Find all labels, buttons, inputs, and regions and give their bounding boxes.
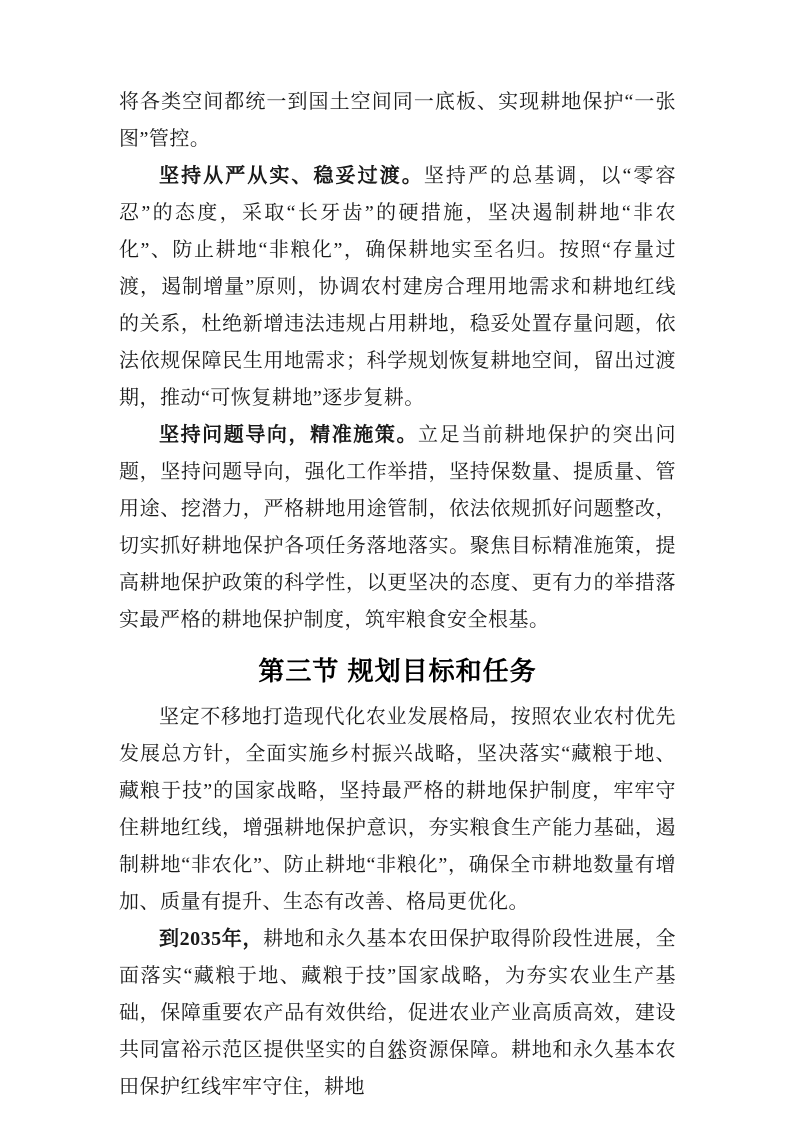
document-content: 将各类空间都统一到国土空间同一底板、实现耕地保护“一张图”管控。 坚持从严从实、… bbox=[119, 84, 676, 1106]
paragraph-text: 坚定不移地打造现代化农业发展格局，按照农业农村优先发展总方针，全面实施乡村振兴战… bbox=[119, 706, 676, 913]
paragraph-lead-bold: 坚持问题导向，精准施策。 bbox=[159, 424, 418, 446]
paragraph-continuation: 将各类空间都统一到国土空间同一底板、实现耕地保护“一张图”管控。 bbox=[119, 84, 676, 158]
paragraph-lead-bold: 到2035年， bbox=[159, 928, 263, 950]
paragraph-text: 坚持严的总基调，以“零容忍”的态度，采取“长牙齿”的硬措施，坚决遏制耕地“非农化… bbox=[119, 165, 676, 409]
paragraph-text: 立足当前耕地保护的突出问题，坚持问题导向，强化工作举措，坚持保数量、提质量、管用… bbox=[119, 424, 676, 631]
section-heading: 第三节 规划目标和任务 bbox=[119, 653, 676, 689]
page-number: 11 bbox=[0, 1046, 793, 1063]
paragraph-lead-bold: 坚持从严从实、稳妥过渡。 bbox=[159, 165, 424, 187]
paragraph-text: 将各类空间都统一到国土空间同一底板、实现耕地保护“一张图”管控。 bbox=[119, 91, 676, 150]
document-page: 将各类空间都统一到国土空间同一底板、实现耕地保护“一张图”管控。 坚持从严从实、… bbox=[0, 0, 793, 1122]
section-heading-text: 第三节 规划目标和任务 bbox=[258, 656, 536, 686]
paragraph-text: 耕地和永久基本农田保护取得阶段性进展，全面落实“藏粮于地、藏粮于技”国家战略，为… bbox=[119, 928, 676, 1098]
page-number-text: 11 bbox=[389, 1046, 405, 1063]
paragraph-strict-transition: 坚持从严从实、稳妥过渡。坚持严的总基调，以“零容忍”的态度，采取“长牙齿”的硬措… bbox=[119, 158, 676, 417]
paragraph-problem-oriented: 坚持问题导向，精准施策。立足当前耕地保护的突出问题，坚持问题导向，强化工作举措，… bbox=[119, 417, 676, 639]
paragraph-goals-overview: 坚定不移地打造现代化农业发展格局，按照农业农村优先发展总方针，全面实施乡村振兴战… bbox=[119, 699, 676, 921]
paragraph-2035-target: 到2035年，耕地和永久基本农田保护取得阶段性进展，全面落实“藏粮于地、藏粮于技… bbox=[119, 921, 676, 1106]
